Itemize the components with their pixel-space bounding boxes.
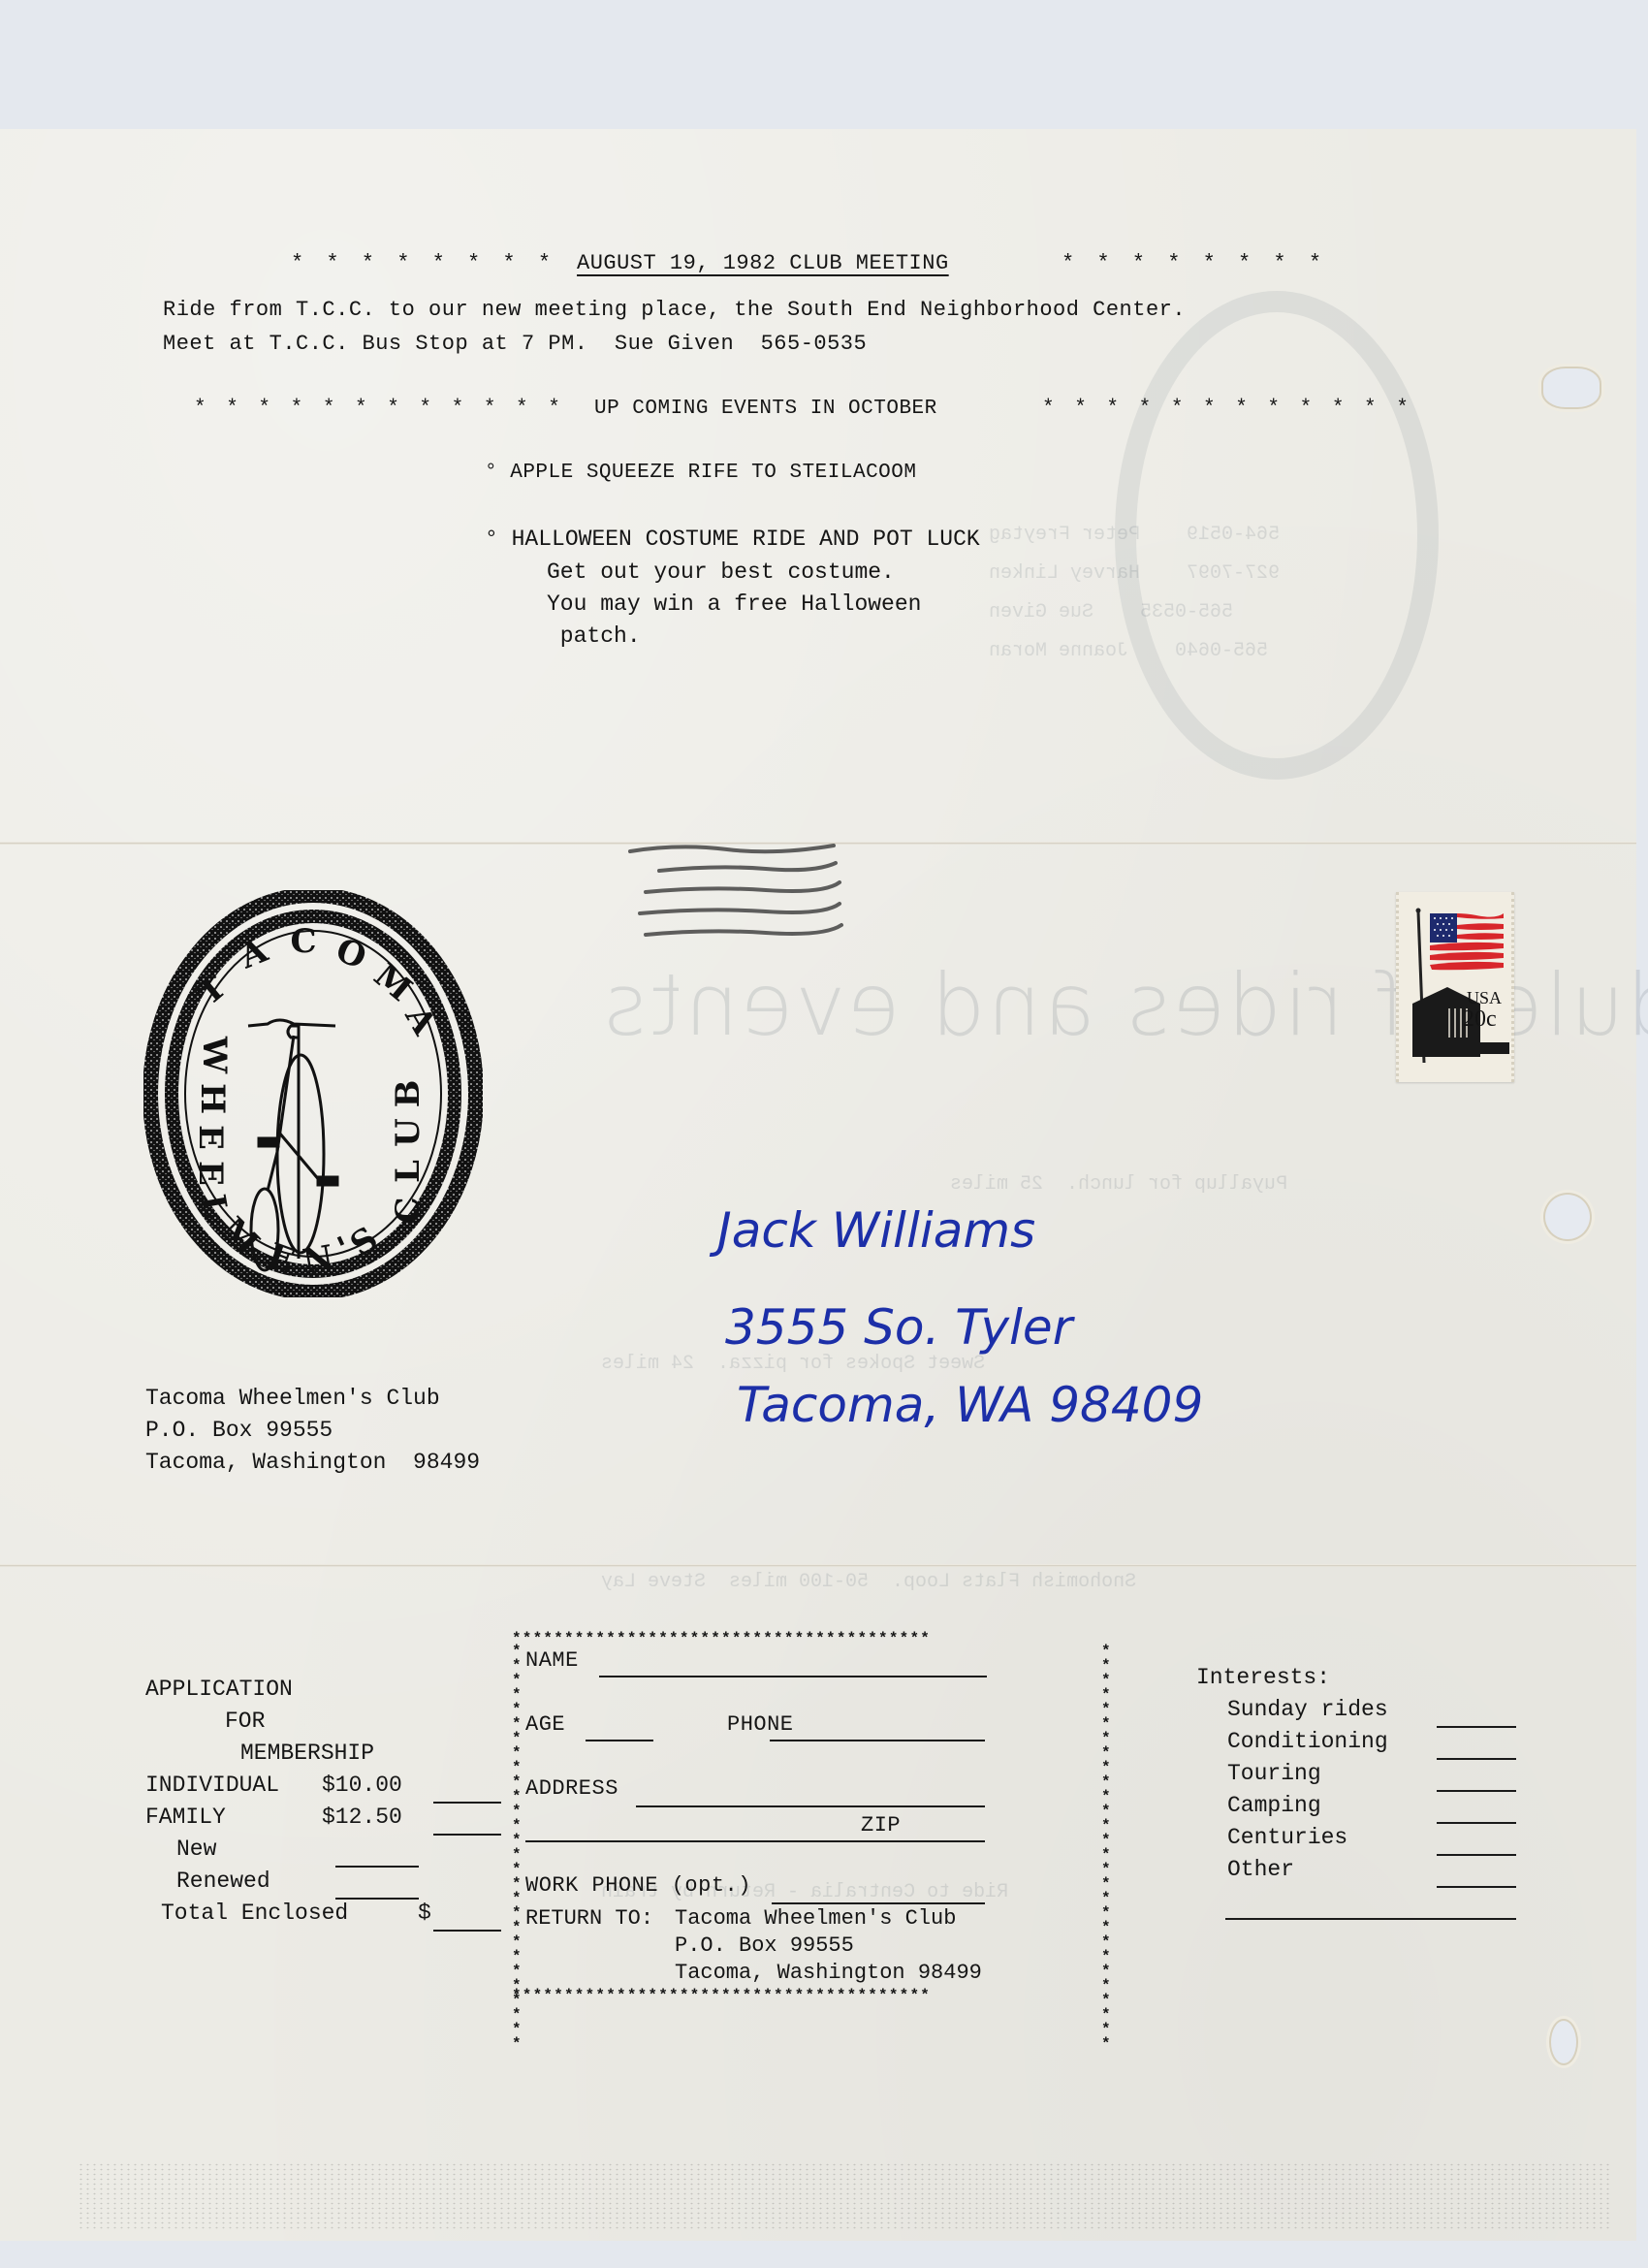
- logo-letter-e2: E: [191, 1161, 230, 1186]
- total-enclosed-label: Total Enclosed: [161, 1900, 348, 1927]
- renewed-label: Renewed: [176, 1868, 270, 1895]
- stamp-value: 20c: [1463, 1006, 1497, 1032]
- interest-centuries-input[interactable]: [1437, 1837, 1516, 1856]
- interest-sunday-rides: Sunday rides: [1227, 1696, 1388, 1723]
- form-return-line-3: Tacoma, Washington 98499: [675, 1961, 982, 1985]
- recipient-street: 3555 So. Tyler: [725, 1299, 1072, 1356]
- print-speckle: [78, 2162, 1609, 2230]
- age-label: AGE: [525, 1712, 565, 1737]
- ghost-logo-oval: [1115, 291, 1439, 780]
- application-title-3: MEMBERSHIP: [240, 1740, 374, 1767]
- interest-touring: Touring: [1227, 1760, 1321, 1787]
- interest-conditioning: Conditioning: [1227, 1728, 1388, 1755]
- total-dollar-sign: $: [418, 1900, 431, 1927]
- event-2-detail-2: You may win a free Halloween: [547, 591, 921, 618]
- interest-other-input[interactable]: [1437, 1869, 1516, 1888]
- return-address-line-2: P.O. Box 99555: [145, 1417, 333, 1444]
- family-label: FAMILY: [145, 1804, 226, 1831]
- punch-hole-2: [1543, 1193, 1592, 1241]
- interest-other-specify-input[interactable]: [1225, 1901, 1516, 1920]
- form-return-line-2: P.O. Box 99555: [675, 1933, 854, 1958]
- interest-touring-input[interactable]: [1437, 1773, 1516, 1792]
- logo-letter-c2: C: [389, 1197, 428, 1223]
- zip-input[interactable]: [525, 1840, 985, 1842]
- fold-line-2: [0, 1564, 1636, 1567]
- application-title-2: FOR: [225, 1708, 265, 1735]
- interest-centuries: Centuries: [1227, 1824, 1347, 1851]
- new-label: New: [176, 1836, 216, 1863]
- zip-label: ZIP: [861, 1813, 901, 1837]
- event-2-detail-3: patch.: [547, 623, 641, 650]
- star-border-bottom: ****************************************: [512, 1988, 931, 2003]
- interest-sunday-rides-input[interactable]: [1437, 1709, 1516, 1728]
- events-stars-left: * * * * * * * * * * * *: [194, 396, 564, 423]
- postmark-cancellation: [620, 844, 853, 950]
- meeting-stars-left: * * * * * * * *: [291, 250, 555, 277]
- address-label: ADDRESS: [525, 1776, 618, 1801]
- interests-heading: Interests:: [1196, 1664, 1330, 1691]
- logo-letter-e: E: [191, 1125, 230, 1150]
- logo-letter-a: A: [234, 931, 273, 977]
- logo-letter-c: C: [290, 922, 316, 961]
- family-price: $12.50: [322, 1804, 402, 1831]
- renewed-input[interactable]: [335, 1880, 419, 1900]
- work-phone-label: WORK PHONE (opt.): [525, 1873, 751, 1898]
- logo-letter-w: W: [195, 1036, 234, 1074]
- address-input[interactable]: [636, 1805, 985, 1807]
- postage-stamp: USA 20c: [1396, 892, 1514, 1082]
- phone-label: PHONE: [727, 1712, 794, 1737]
- bullet-icon: °: [485, 527, 498, 552]
- interest-camping: Camping: [1227, 1792, 1321, 1819]
- star-border-right: ****************************: [1101, 1645, 1113, 2052]
- return-address-line-1: Tacoma Wheelmen's Club: [145, 1385, 440, 1412]
- interest-conditioning-input[interactable]: [1437, 1741, 1516, 1760]
- stamp-country: USA: [1467, 988, 1502, 1007]
- logo-letter-b: B: [389, 1080, 428, 1108]
- interest-other: Other: [1227, 1856, 1294, 1883]
- recipient-name: Jack Williams: [717, 1202, 1035, 1259]
- flag-over-supreme-court-icon: USA 20c: [1399, 892, 1511, 1082]
- events-heading: UP COMING EVENTS IN OCTOBER: [594, 396, 937, 423]
- application-title-1: APPLICATION: [145, 1676, 293, 1703]
- form-return-line-1: Tacoma Wheelmen's Club: [675, 1906, 956, 1931]
- meeting-stars-right: * * * * * * * *: [1062, 250, 1326, 277]
- event-1: ° APPLE SQUEEZE RIFE TO STEILACOOM: [485, 460, 916, 487]
- event-1-title: APPLE SQUEEZE RIFE TO STEILACOOM: [510, 462, 916, 484]
- new-input[interactable]: [335, 1848, 419, 1868]
- star-border-left: ****************************: [512, 1645, 523, 2052]
- events-stars-right: * * * * * * * * * * * *: [1042, 396, 1412, 423]
- meeting-line-2: Meet at T.C.C. Bus Stop at 7 PM. Sue Giv…: [163, 331, 867, 358]
- total-enclosed-input[interactable]: [433, 1912, 501, 1932]
- recipient-city: Tacoma, WA 98409: [737, 1377, 1203, 1433]
- individual-price: $10.00: [322, 1772, 402, 1799]
- star-border-top: ****************************************: [512, 1631, 931, 1646]
- event-2-title: HALLOWEEN COSTUME RIDE AND POT LUCK: [512, 527, 980, 552]
- return-address-line-3: Tacoma, Washington 98499: [145, 1449, 480, 1476]
- individual-input[interactable]: [433, 1784, 501, 1804]
- logo-letter-o: O: [331, 931, 371, 977]
- logo-letter-u: U: [389, 1118, 428, 1147]
- work-phone-input[interactable]: [772, 1902, 985, 1904]
- interest-camping-input[interactable]: [1437, 1805, 1516, 1824]
- punch-hole-3: [1549, 2019, 1578, 2065]
- phone-input[interactable]: [770, 1740, 985, 1741]
- meeting-line-1: Ride from T.C.C. to our new meeting plac…: [163, 297, 1186, 324]
- age-input[interactable]: [586, 1740, 653, 1741]
- event-2: ° HALLOWEEN COSTUME RIDE AND POT LUCK: [485, 526, 980, 553]
- logo-letter-l2: L: [389, 1160, 428, 1183]
- logo-letter-n: N: [300, 1238, 336, 1282]
- return-to-label: RETURN TO:: [525, 1906, 653, 1931]
- tacoma-wheelmens-club-logo: T A C O M A W H E E L M E N ' S C L U B: [143, 890, 483, 1297]
- family-input[interactable]: [433, 1816, 501, 1836]
- bullet-icon: °: [485, 462, 497, 484]
- logo-letter-h: H: [193, 1083, 232, 1114]
- membership-form-box: ****************************************…: [512, 1631, 1113, 1999]
- punch-hole-1: [1541, 367, 1601, 409]
- name-label: NAME: [525, 1648, 579, 1673]
- name-input[interactable]: [599, 1676, 987, 1677]
- meeting-heading: AUGUST 19, 1982 CLUB MEETING: [577, 250, 949, 277]
- event-2-detail-1: Get out your best costume.: [547, 559, 895, 586]
- individual-label: INDIVIDUAL: [145, 1772, 279, 1799]
